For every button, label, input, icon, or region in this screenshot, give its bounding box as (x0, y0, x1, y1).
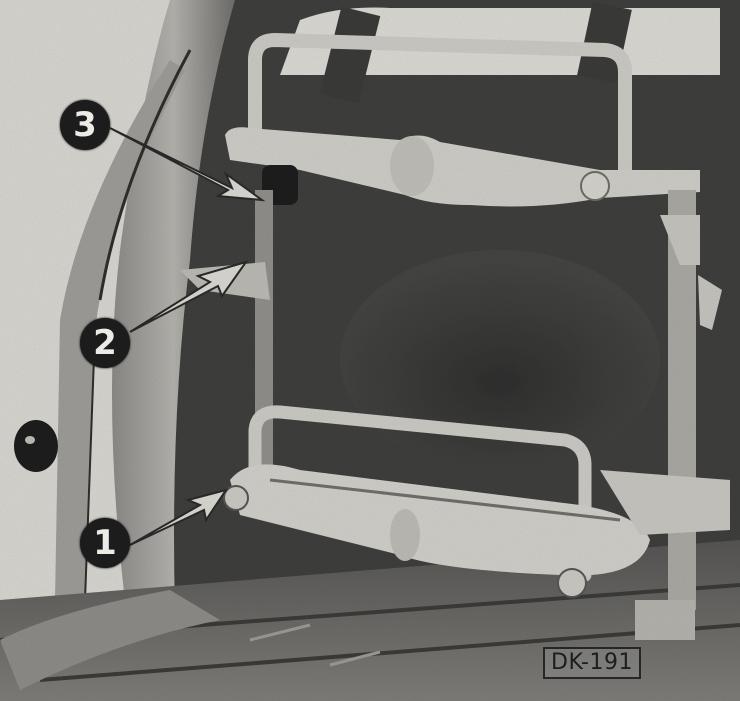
callout-2: 2 (80, 318, 130, 368)
callout-1: 1 (80, 518, 130, 568)
figure-plate-label: DK-191 (543, 647, 641, 679)
side-lamp (14, 420, 58, 472)
figure-photo: 3 2 1 DK-191 (0, 0, 740, 701)
floor-bracket (635, 600, 695, 640)
callout-3: 3 (60, 100, 110, 150)
